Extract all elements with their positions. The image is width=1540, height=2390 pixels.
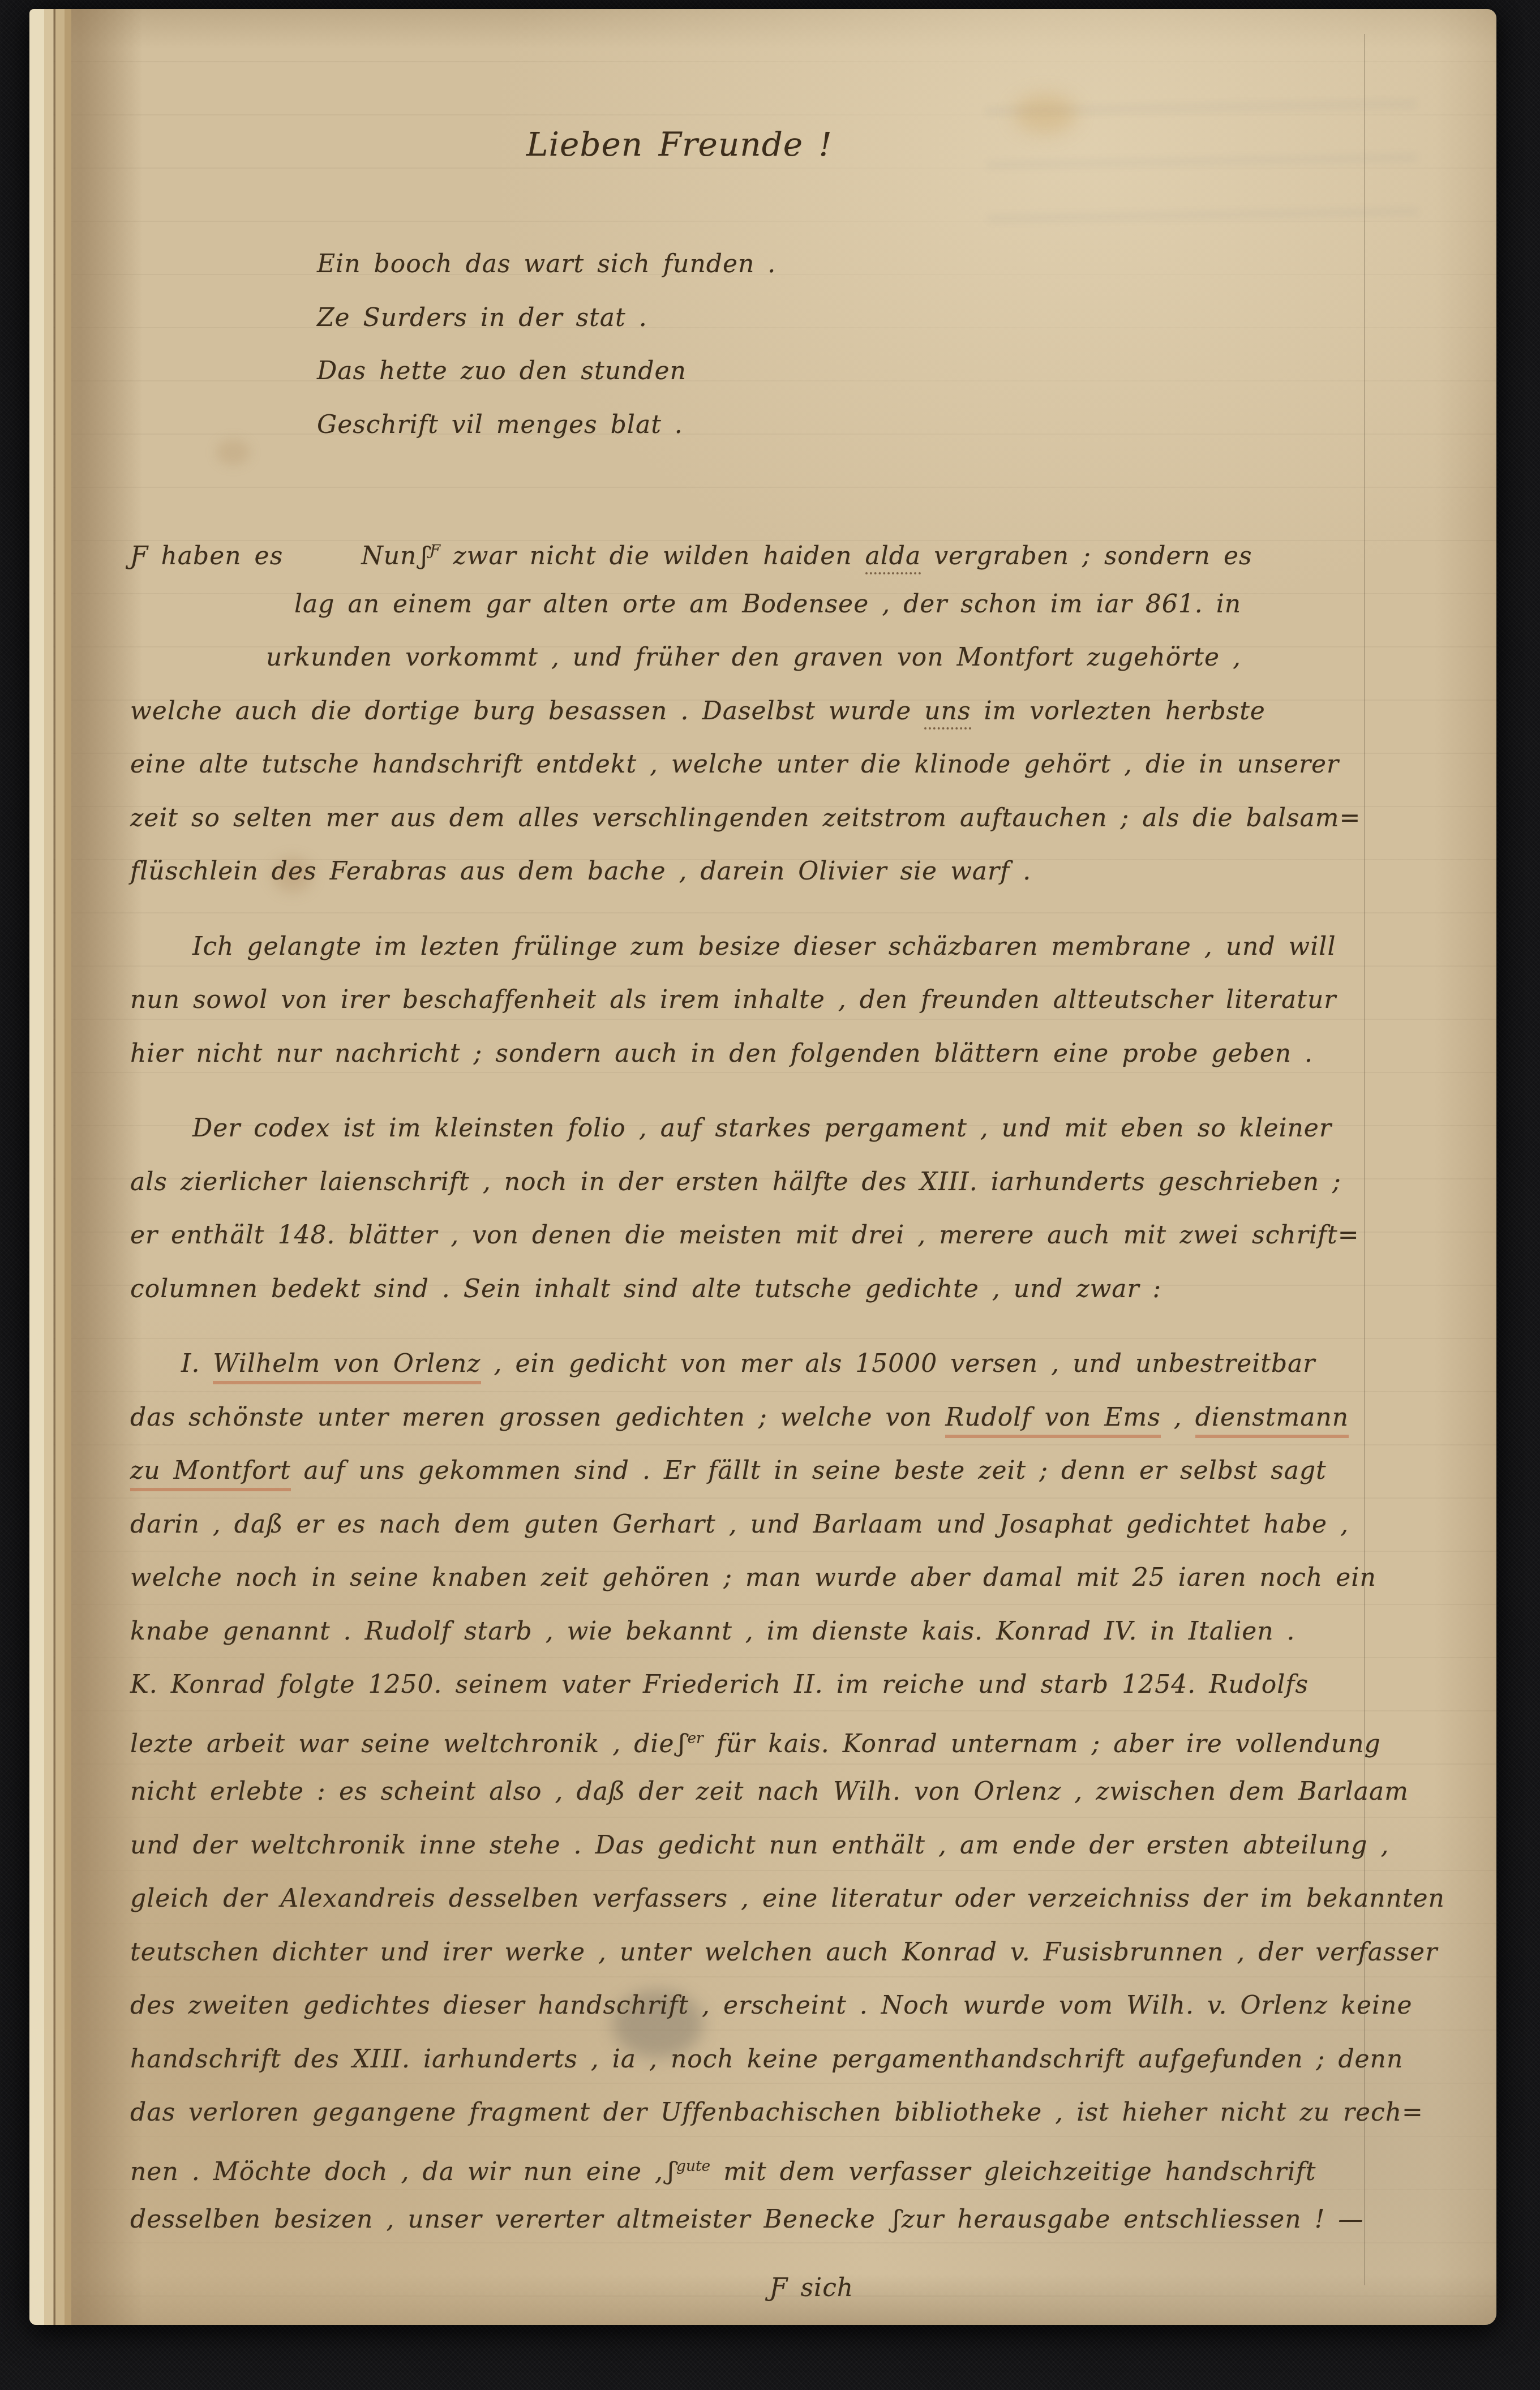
handwriting-text: Das hette zuo den stunden bbox=[317, 357, 687, 385]
handwriting-text: nun sowol von irer beschaffenheit als ir… bbox=[130, 985, 1336, 1014]
handwriting-text: hier nicht nur nachricht ; sondern auch … bbox=[130, 1039, 1313, 1068]
handwriting-text: Der codex ist im kleinsten folio , auf s… bbox=[192, 1114, 1332, 1143]
handwriting-text: knabe genannt . Rudolf starb , wie bekan… bbox=[130, 1617, 1296, 1646]
handwriting-text: nen . Möchte doch , da wir nun eine , bbox=[130, 2157, 663, 2186]
manuscript-line: Ƒ haben es NunʃƑ zwar nicht die wilden h… bbox=[130, 524, 1426, 578]
red-underlined-phrase: Rudolf von Ems bbox=[945, 1403, 1161, 1438]
manuscript-line: Das hette zuo den stunden bbox=[317, 345, 1426, 398]
manuscript-line: darin , daß er es nach dem guten Gerhart… bbox=[130, 1498, 1426, 1552]
manuscript-line: Ze Surders in der stat . bbox=[317, 291, 1426, 345]
book-gutter-edge bbox=[29, 9, 143, 2325]
manuscript-line: flüschlein des Ferabras aus dem bache , … bbox=[130, 845, 1426, 899]
margin-correction-note: Ƒ sich bbox=[770, 2273, 853, 2302]
manuscript-line: nun sowol von irer beschaffenheit als ir… bbox=[130, 973, 1426, 1027]
red-underlined-phrase: dienstmann bbox=[1195, 1403, 1349, 1438]
manuscript-line: Ich gelangte im lezten frülinge zum besi… bbox=[192, 920, 1426, 974]
manuscript-line: er enthält 148. blätter , von denen die … bbox=[130, 1209, 1426, 1263]
manuscript-lines: Ein booch das wart sich funden .Ze Surde… bbox=[130, 238, 1426, 2315]
manuscript-line: welche auch die dortige burg besassen . … bbox=[130, 685, 1426, 739]
manuscript-line: lag an einem gar alten orte am Bodensee … bbox=[294, 578, 1426, 632]
handwriting-text: handschrift des XIII. iarhunderts , ia ,… bbox=[130, 2045, 1403, 2074]
manuscript-line: nen . Möchte doch , da wir nun eine ,ʃgu… bbox=[130, 2140, 1426, 2194]
interlinear-insertion: er bbox=[687, 1730, 703, 1747]
handwriting-text bbox=[283, 542, 361, 570]
manuscript-line: K. Konrad folgte 1250. seinem vater Frie… bbox=[130, 1658, 1426, 1712]
handwriting-text: , bbox=[1161, 1403, 1195, 1432]
dot-underlined-word: uns bbox=[924, 697, 971, 730]
handwriting-text: das verloren gegangene fragment der Uffe… bbox=[130, 2098, 1423, 2127]
manuscript-line: zu Montfort auf uns gekommen sind . Er f… bbox=[130, 1444, 1426, 1498]
manuscript-line: hier nicht nur nachricht ; sondern auch … bbox=[130, 1027, 1426, 1081]
dot-underlined-word: alda bbox=[865, 542, 921, 574]
handwriting-text: auf uns gekommen sind . Er fällt in sein… bbox=[291, 1456, 1327, 1485]
salutation: Lieben Freunde ! bbox=[526, 113, 1426, 175]
handwriting-text: K. Konrad folgte 1250. seinem vater Frie… bbox=[130, 1670, 1309, 1699]
paragraph-2: Ich gelangte im lezten frülinge zum besi… bbox=[130, 920, 1426, 1081]
manuscript-line: I. Wilhelm von Orlenz , ein gedicht von … bbox=[181, 1337, 1426, 1391]
photograph-background: Lieben Freunde ! Ein booch das wart sich… bbox=[0, 0, 1540, 2390]
manuscript-line: eine alte tutsche handschrift entdekt , … bbox=[130, 738, 1426, 792]
handwriting-text: Ze Surders in der stat . bbox=[317, 303, 647, 332]
red-underlined-phrase: Wilhelm von Orlenz bbox=[213, 1349, 481, 1384]
handwriting-text: zeit so selten mer aus dem alles verschl… bbox=[130, 804, 1361, 833]
paragraph-4-item-I: I. Wilhelm von Orlenz , ein gedicht von … bbox=[130, 1337, 1426, 2247]
handwriting-text: urkunden vorkommt , und früher den grave… bbox=[266, 643, 1241, 672]
handwriting-text: und der weltchronik inne stehe . Das ged… bbox=[130, 1831, 1389, 1860]
handwriting-text: gleich der Alexandreis desselben verfass… bbox=[130, 1884, 1445, 1913]
handwriting-text: lezte arbeit war seine weltchronik , die bbox=[130, 1729, 674, 1758]
manuscript-line: zeit so selten mer aus dem alles verschl… bbox=[130, 792, 1426, 846]
manuscript-line: teutschen dichter und irer werke , unter… bbox=[130, 1926, 1426, 1980]
manuscript-line: des zweiten gedichtes dieser handschrift… bbox=[130, 1979, 1426, 2033]
manuscript-line: knabe genannt . Rudolf starb , wie bekan… bbox=[130, 1605, 1426, 1659]
handwriting-text: welche noch in seine knaben zeit gehören… bbox=[130, 1563, 1376, 1592]
paragraph-3: Der codex ist im kleinsten folio , auf s… bbox=[130, 1102, 1426, 1316]
poem-stanza: Ein booch das wart sich funden .Ze Surde… bbox=[317, 238, 1426, 452]
manuscript-line: lezte arbeit war seine weltchronik , die… bbox=[130, 1712, 1426, 1766]
handwriting-text: welche auch die dortige burg besassen . … bbox=[130, 697, 924, 726]
paragraph-1: Ƒ haben es NunʃƑ zwar nicht die wilden h… bbox=[130, 524, 1426, 899]
handwriting-text: desselben besizen , unser vererter altme… bbox=[130, 2205, 889, 2234]
handwriting-text: darin , daß er es nach dem guten Gerhart… bbox=[130, 1510, 1349, 1539]
handwriting-text: columnen bedekt sind . Sein inhalt sind … bbox=[130, 1275, 1161, 1303]
handwriting-text: I. bbox=[181, 1349, 213, 1378]
handwriting-text: zwar nicht die wilden haiden bbox=[440, 542, 865, 570]
margin-correction-note: Ƒ haben es bbox=[130, 542, 283, 570]
manuscript-line: nicht erlebte : es scheint also , daß de… bbox=[130, 1765, 1426, 1819]
handwriting-text: vergraben ; sondern es bbox=[921, 542, 1252, 570]
manuscript-line: urkunden vorkommt , und früher den grave… bbox=[266, 631, 1426, 685]
handwriting-text: Ich gelangte im lezten frülinge zum besi… bbox=[192, 932, 1336, 961]
manuscript-line: Ƒ sich bbox=[770, 2262, 1426, 2315]
manuscript-page: Lieben Freunde ! Ein booch das wart sich… bbox=[29, 9, 1496, 2325]
handwriting-text: Geschrift vil menges blat . bbox=[317, 410, 683, 439]
manuscript-line: das verloren gegangene fragment der Uffe… bbox=[130, 2086, 1426, 2140]
manuscript-line: und der weltchronik inne stehe . Das ged… bbox=[130, 1819, 1426, 1873]
handwriting-text: er enthält 148. blätter , von denen die … bbox=[130, 1221, 1359, 1250]
red-underlined-phrase: zu Montfort bbox=[130, 1456, 291, 1491]
manuscript-line: gleich der Alexandreis desselben verfass… bbox=[130, 1872, 1426, 1926]
handwriting-text: des zweiten gedichtes dieser handschrift… bbox=[130, 1991, 1412, 2020]
handwriting-text: zur herausgabe entschliessen ! — bbox=[902, 2205, 1364, 2234]
handwriting-text: eine alte tutsche handschrift entdekt , … bbox=[130, 750, 1339, 779]
manuscript-line: welche noch in seine knaben zeit gehören… bbox=[130, 1551, 1426, 1605]
handwriting-text: , ein gedicht von mer als 15000 versen ,… bbox=[481, 1349, 1316, 1378]
handwriting-text: teutschen dichter und irer werke , unter… bbox=[130, 1938, 1438, 1967]
handwriting-text: für kais. Konrad unternam ; aber ire vol… bbox=[703, 1729, 1381, 1758]
handwritten-content: Lieben Freunde ! Ein booch das wart sich… bbox=[130, 79, 1426, 2315]
interlinear-insertion: gute bbox=[676, 2157, 710, 2175]
manuscript-line: das schönste unter meren grossen gedicht… bbox=[130, 1391, 1426, 1445]
handwriting-text: flüschlein des Ferabras aus dem bache , … bbox=[130, 857, 1031, 886]
handwriting-text: lag an einem gar alten orte am Bodensee … bbox=[294, 590, 1241, 619]
handwriting-text: Ein booch das wart sich funden . bbox=[317, 250, 776, 278]
manuscript-line: Geschrift vil menges blat . bbox=[317, 398, 1426, 452]
manuscript-line: Ein booch das wart sich funden . bbox=[317, 238, 1426, 291]
manuscript-line: desselben besizen , unser vererter altme… bbox=[130, 2193, 1426, 2247]
handwriting-text: als zierlicher laienschrift , noch in de… bbox=[130, 1168, 1341, 1196]
handwriting-text: mit dem verfasser gleichzeitige handschr… bbox=[710, 2157, 1316, 2186]
bottom-margin-note: Ƒ sich bbox=[130, 2262, 1426, 2315]
manuscript-line: handschrift des XIII. iarhunderts , ia ,… bbox=[130, 2033, 1426, 2087]
handwriting-text: das schönste unter meren grossen gedicht… bbox=[130, 1403, 945, 1432]
manuscript-line: Der codex ist im kleinsten folio , auf s… bbox=[192, 1102, 1426, 1156]
manuscript-line: als zierlicher laienschrift , noch in de… bbox=[130, 1156, 1426, 1209]
handwriting-text: Nun bbox=[361, 542, 417, 570]
interlinear-insertion: Ƒ bbox=[430, 542, 440, 559]
manuscript-line: columnen bedekt sind . Sein inhalt sind … bbox=[130, 1263, 1426, 1316]
handwriting-text: im vorlezten herbste bbox=[971, 697, 1266, 726]
handwriting-text: nicht erlebte : es scheint also , daß de… bbox=[130, 1777, 1409, 1806]
